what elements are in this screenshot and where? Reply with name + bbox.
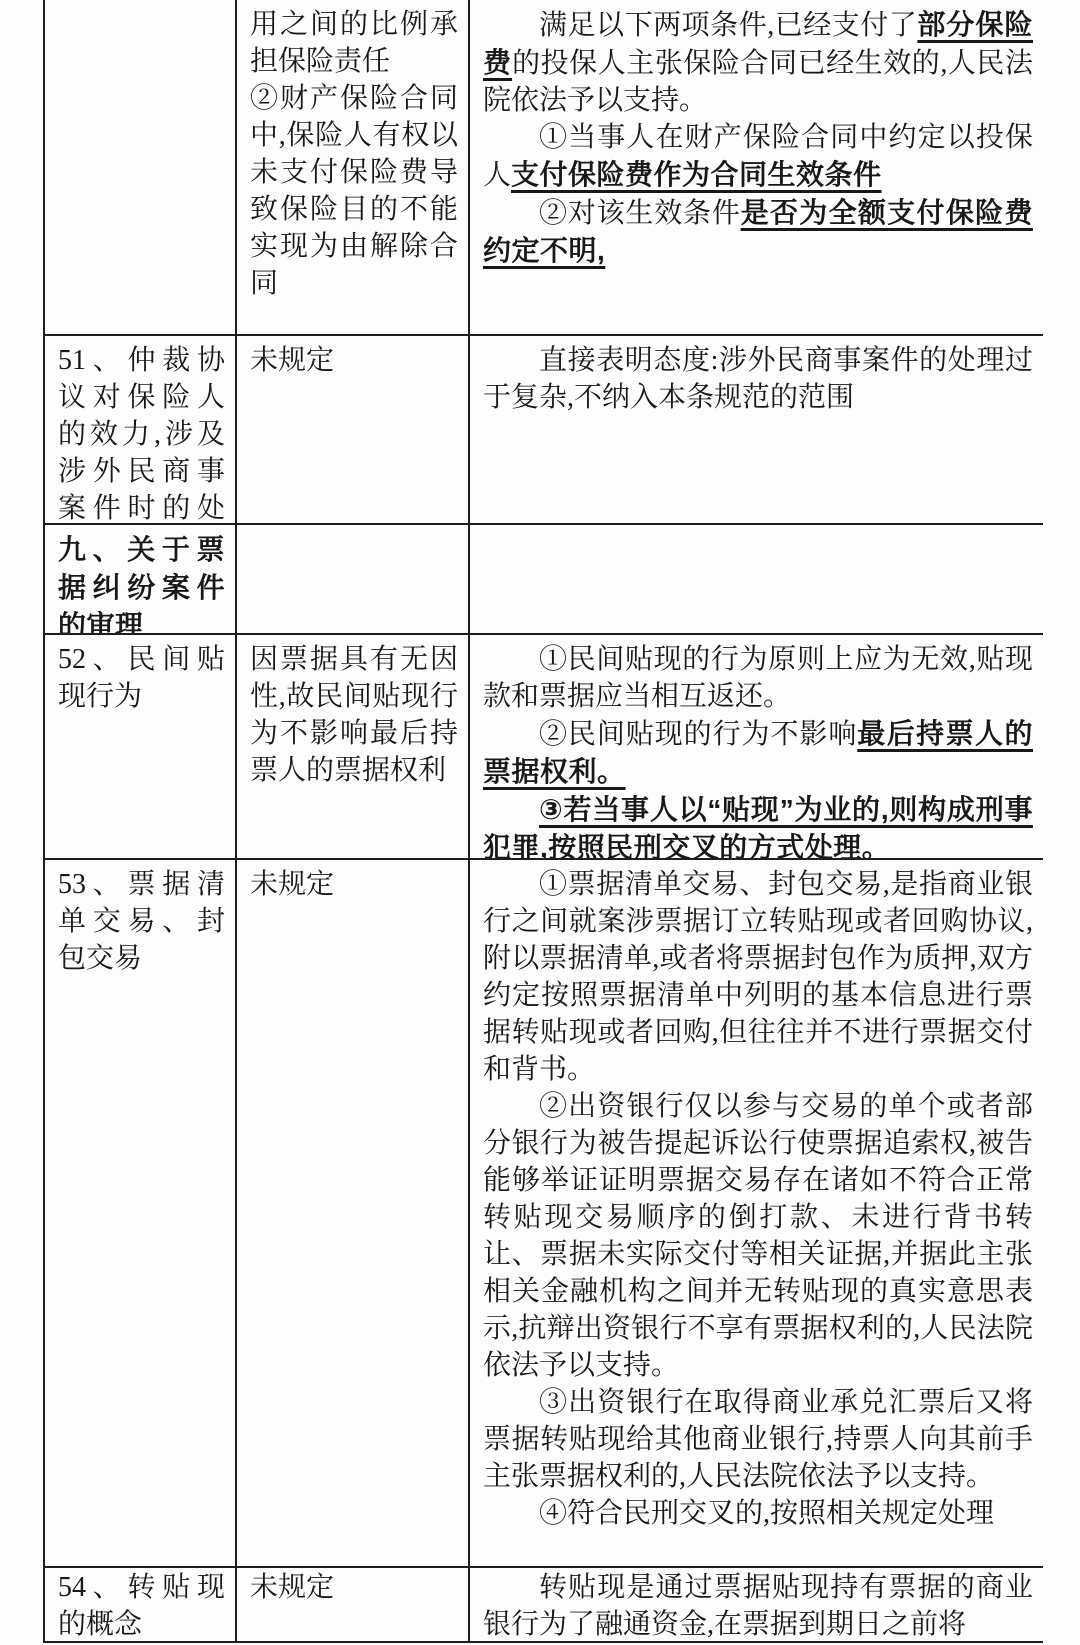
scanned-document-page: 用之间的比例承担保险责任②财产保险合同中,保险人有权以未支付保险费导致保险目的不… bbox=[0, 0, 1080, 1645]
row-53: 53、票据清单交易、封包交易未规定①票据清单交易、封包交易,是指商业银行之间就案… bbox=[45, 860, 1043, 1568]
body-text: 未规定 bbox=[250, 345, 334, 376]
paragraph: ③若当事人以“贴现”为业的,则构成刑事犯罪,按照民刑交叉的方式处理。 bbox=[483, 791, 1033, 858]
row-54: 54、转贴现的概念未规定转贴现是通过票据贴现持有票据的商业银行为了融通资金,在票… bbox=[45, 1568, 1043, 1643]
paragraph: ②民间贴现的行为不影响最后持票人的票据权利。 bbox=[483, 715, 1033, 791]
body-text: ②对该生效条件 bbox=[539, 198, 741, 229]
row-51-new-rule-cell: 直接表明态度:涉外民商事案件的处理过于复杂,不纳入本条规范的范围 bbox=[470, 336, 1043, 523]
paragraph: 52、民间贴现行为 bbox=[58, 641, 225, 715]
paragraph: ①当事人在财产保险合同中约定以投保人支付保险费作为合同生效条件 bbox=[483, 119, 1033, 194]
paragraph: ④符合民刑交叉的,按照相关规定处理 bbox=[483, 1495, 1033, 1532]
row-52: 52、民间贴现行为因票据具有无因性,故民间贴现行为不影响最后持票人的票据权利①民… bbox=[45, 635, 1043, 860]
paragraph: 满足以下两项条件,已经支付了部分保险费的投保人主张保险合同已经生效的,人民法院依… bbox=[483, 6, 1033, 119]
row-51-topic-cell: 51、仲裁协议对保险人的效力,涉及涉外民商事案件时的处理 bbox=[45, 336, 237, 523]
paragraph: ③出资银行在取得商业承兑汇票后又将票据转贴现给其他商业银行,持票人向其前手主张票… bbox=[483, 1384, 1033, 1495]
body-text: 直接表明态度:涉外民商事案件的处理过于复杂,不纳入本条规范的范围 bbox=[483, 345, 1033, 413]
body-text: ①民间贴现的行为原则上应为无效,贴现款和票据应当相互返还。 bbox=[483, 644, 1033, 712]
body-text: ②民间贴现的行为不影响 bbox=[539, 719, 857, 750]
body-text: 满足以下两项条件,已经支付了 bbox=[539, 10, 917, 41]
paragraph: ②财产保险合同中,保险人有权以未支付保险费导致保险目的不能实现为由解除合同 bbox=[250, 80, 458, 302]
row-51: 51、仲裁协议对保险人的效力,涉及涉外民商事案件时的处理未规定直接表明态度:涉外… bbox=[45, 336, 1043, 525]
body-text: 转贴现是通过票据贴现持有票据的商业银行为了融通资金,在票据到期日之前将 bbox=[483, 1572, 1033, 1640]
paragraph: ②对该生效条件是否为全额支付保险费约定不明, bbox=[483, 194, 1033, 270]
paragraph: 转贴现是通过票据贴现持有票据的商业银行为了融通资金,在票据到期日之前将 bbox=[483, 1569, 1033, 1641]
body-text: 52、民间贴现行为 bbox=[58, 644, 225, 712]
body-text: 51、仲裁协议对保险人的效力,涉及涉外民商事案件时的处理 bbox=[58, 345, 225, 523]
paragraph: 54、转贴现的概念 bbox=[58, 1569, 225, 1641]
row-50-continuation-topic-cell bbox=[45, 0, 237, 334]
paragraph: 51、仲裁协议对保险人的效力,涉及涉外民商事案件时的处理 bbox=[58, 342, 225, 523]
body-text: 的投保人主张保险合同已经生效的,人民法院依法予以支持。 bbox=[483, 48, 1033, 116]
paragraph: 用之间的比例承担保险责任 bbox=[250, 6, 458, 80]
section-9-header-row: 九、关于票据纠纷案件的审理 bbox=[45, 525, 1043, 635]
paragraph: 因票据具有无因性,故民间贴现行为不影响最后持票人的票据权利 bbox=[250, 641, 458, 789]
row-52-new-rule-cell: ①民间贴现的行为原则上应为无效,贴现款和票据应当相互返还。②民间贴现的行为不影响… bbox=[470, 635, 1043, 858]
legal-table: 用之间的比例承担保险责任②财产保险合同中,保险人有权以未支付保险费导致保险目的不… bbox=[43, 0, 1043, 1643]
row-54-prior-rule-cell: 未规定 bbox=[237, 1568, 470, 1641]
paragraph: 直接表明态度:涉外民商事案件的处理过于复杂,不纳入本条规范的范围 bbox=[483, 342, 1033, 416]
section-9-header-row-topic-cell: 九、关于票据纠纷案件的审理 bbox=[45, 525, 237, 633]
row-53-prior-rule-cell: 未规定 bbox=[237, 860, 470, 1566]
paragraph: 53、票据清单交易、封包交易 bbox=[58, 866, 225, 977]
row-50-continuation-prior-rule-cell: 用之间的比例承担保险责任②财产保险合同中,保险人有权以未支付保险费导致保险目的不… bbox=[237, 0, 470, 334]
row-51-prior-rule-cell: 未规定 bbox=[237, 336, 470, 523]
body-text: 未规定 bbox=[250, 1572, 334, 1603]
row-54-new-rule-cell: 转贴现是通过票据贴现持有票据的商业银行为了融通资金,在票据到期日之前将 bbox=[470, 1568, 1043, 1641]
paragraph: 未规定 bbox=[250, 866, 458, 903]
emphasis-text: ③若当事人以“贴现”为业的,则构成刑事犯罪,按照民刑交叉的方式处理。 bbox=[483, 794, 1033, 858]
body-text: ②出资银行仅以参与交易的单个或者部分银行为被告提起诉讼行使票据追索权,被告能够举… bbox=[483, 1091, 1033, 1381]
emphasis-text: 九、关于票据纠纷案件的审理 bbox=[58, 534, 225, 633]
row-50-continuation: 用之间的比例承担保险责任②财产保险合同中,保险人有权以未支付保险费导致保险目的不… bbox=[45, 0, 1043, 336]
row-53-topic-cell: 53、票据清单交易、封包交易 bbox=[45, 860, 237, 1566]
body-text: 53、票据清单交易、封包交易 bbox=[58, 869, 225, 974]
section-9-header-row-new-rule-cell bbox=[470, 525, 1043, 633]
body-text: 54、转贴现的概念 bbox=[58, 1572, 225, 1640]
paragraph: 未规定 bbox=[250, 342, 458, 379]
paragraph: ①票据清单交易、封包交易,是指商业银行之间就案涉票据订立转贴现或者回购协议,附以… bbox=[483, 866, 1033, 1088]
paragraph: 九、关于票据纠纷案件的审理 bbox=[58, 531, 225, 633]
emphasis-text: 支付保险费作为合同生效条件 bbox=[511, 159, 882, 190]
body-text: ①票据清单交易、封包交易,是指商业银行之间就案涉票据订立转贴现或者回购协议,附以… bbox=[483, 869, 1033, 1085]
row-53-new-rule-cell: ①票据清单交易、封包交易,是指商业银行之间就案涉票据订立转贴现或者回购协议,附以… bbox=[470, 860, 1043, 1566]
body-text: 因票据具有无因性,故民间贴现行为不影响最后持票人的票据权利 bbox=[250, 644, 458, 786]
section-9-header-row-prior-rule-cell bbox=[237, 525, 470, 633]
body-text: 未规定 bbox=[250, 869, 334, 900]
row-52-topic-cell: 52、民间贴现行为 bbox=[45, 635, 237, 858]
paragraph: 未规定 bbox=[250, 1569, 458, 1606]
body-text: 用之间的比例承担保险责任 bbox=[250, 9, 458, 77]
body-text: ②财产保险合同中,保险人有权以未支付保险费导致保险目的不能实现为由解除合同 bbox=[250, 83, 458, 299]
body-text: ③出资银行在取得商业承兑汇票后又将票据转贴现给其他商业银行,持票人向其前手主张票… bbox=[483, 1387, 1033, 1492]
body-text: ④符合民刑交叉的,按照相关规定处理 bbox=[539, 1498, 994, 1529]
row-50-continuation-new-rule-cell: 满足以下两项条件,已经支付了部分保险费的投保人主张保险合同已经生效的,人民法院依… bbox=[470, 0, 1043, 334]
row-52-prior-rule-cell: 因票据具有无因性,故民间贴现行为不影响最后持票人的票据权利 bbox=[237, 635, 470, 858]
paragraph: ①民间贴现的行为原则上应为无效,贴现款和票据应当相互返还。 bbox=[483, 641, 1033, 715]
paragraph: ②出资银行仅以参与交易的单个或者部分银行为被告提起诉讼行使票据追索权,被告能够举… bbox=[483, 1088, 1033, 1384]
row-54-topic-cell: 54、转贴现的概念 bbox=[45, 1568, 237, 1641]
